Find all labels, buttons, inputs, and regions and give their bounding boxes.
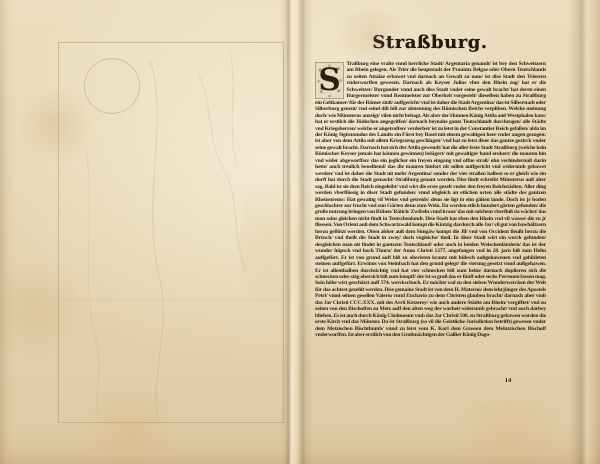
open-book-photo: Straßburg. STraßburg eine vralte vnnd he… <box>0 0 600 464</box>
body-text: Traßburg eine vralte vnnd herrliche Stad… <box>315 61 546 338</box>
showthrough-map-lines <box>0 0 300 464</box>
showthrough-circle <box>84 58 140 114</box>
foxing-spot <box>545 120 600 260</box>
showthrough-map-frame <box>58 42 284 423</box>
page-gutter-fold <box>280 0 314 464</box>
page-number: 14 <box>498 377 518 384</box>
foxing-spot <box>240 150 300 350</box>
foxing-spot <box>430 400 590 464</box>
page-title: Straßburg. <box>315 32 545 53</box>
foxing-spot <box>20 80 90 170</box>
foxing-spot <box>0 250 80 370</box>
foxing-spot <box>70 390 190 464</box>
drop-cap-initial: S <box>315 62 344 99</box>
right-page-edge <box>568 0 600 464</box>
body-text-block: STraßburg eine vralte vnnd herrliche Sta… <box>315 61 546 374</box>
